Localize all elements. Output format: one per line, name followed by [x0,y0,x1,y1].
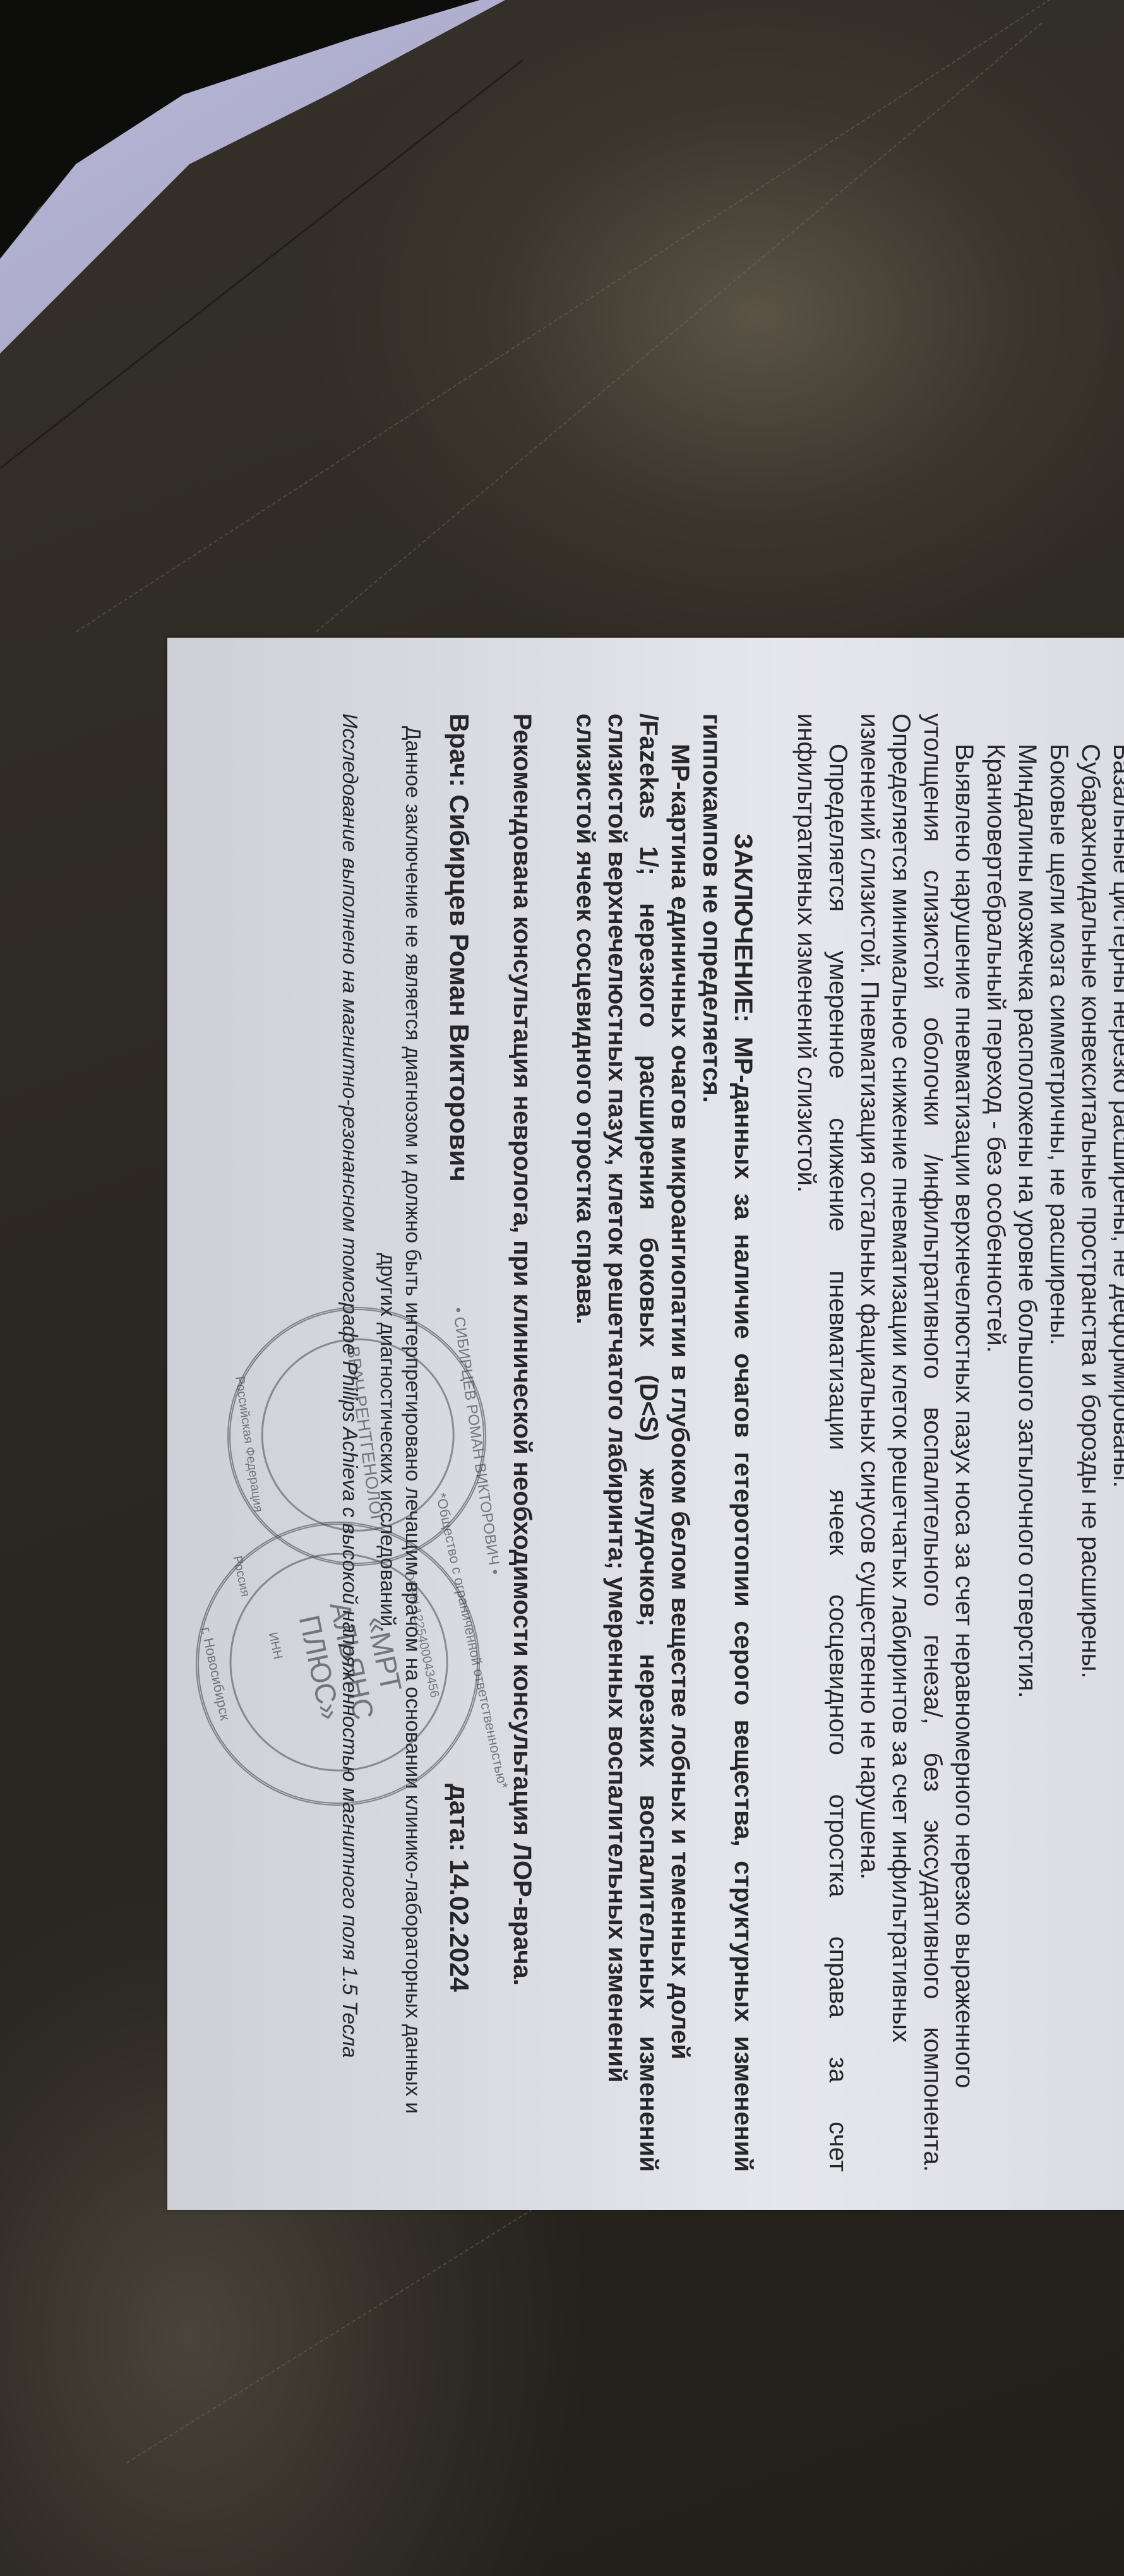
conclusion-paragraph-1: ЗАКЛЮЧЕНИЕ: МР-данных за наличие очагов … [727,713,759,2172]
finding-line: Базальные цистерны нерезко расширены, не… [1106,713,1124,2172]
doctor-name: Сибирцев Роман Викторович [445,794,474,1181]
conclusion-line: слизистой верхнечелюстных пазух, клеток … [601,713,633,2172]
company-stamp-city: г. Новосибирск [198,1626,234,1722]
company-stamp-country: Россия [229,1554,252,1598]
conclusion-line: слизистой ячеек сосцевидного отростка сп… [570,713,601,2172]
finding-line: Субарахноидальные конвекситальные простр… [1075,713,1106,2172]
finding-line: изменений слизистой. Пневматизация остал… [854,713,885,2172]
finding-line: Определяется умеренное снижение пневмати… [822,713,854,2172]
finding-line: Определяется минимальное снижение пневма… [885,713,917,2172]
finding-line: Миндалины мозжечка расположены на уровне… [1012,713,1043,2172]
conclusion-line: МР-картина единичных очагов микроангиопа… [664,713,696,2172]
report-date: 14.02.2024 [445,1859,474,1992]
finding-line: Краниовертебральный переход - без особен… [980,713,1012,2172]
doctor-stamp-bottom-text: Российская Федерация [232,1375,265,1513]
finding-line: Выявлено нарушение пневматизации верхнеч… [948,713,980,2172]
finding-line: Боковые щели мозга симметричны, не расши… [1043,713,1075,2172]
conclusion-text: МР-данных за наличие очагов гетеротопии … [729,1037,757,2172]
report-sheet: Базальные цистерны нерезко расширены, не… [167,638,1124,2210]
conclusion-line: /Fazekas 1/; нерезкого расширения боковы… [633,713,664,2172]
date-label: дата: [445,1784,474,1852]
finding-line: инфильтративных изменений слизистой. [791,713,822,2172]
recommendation: Рекомендована консультация невролога, пр… [506,713,538,2172]
conclusion-heading: ЗАКЛЮЧЕНИЕ: [729,833,757,1023]
conclusion-line: гиппокампов не определяется. [696,713,727,2172]
mri-report-page: Базальные цистерны нерезко расширены, не… [167,638,1124,2210]
doctor-label: Врач: [445,713,474,787]
finding-line: утолщения слизистой оболочки /инфильтрат… [917,713,948,2172]
